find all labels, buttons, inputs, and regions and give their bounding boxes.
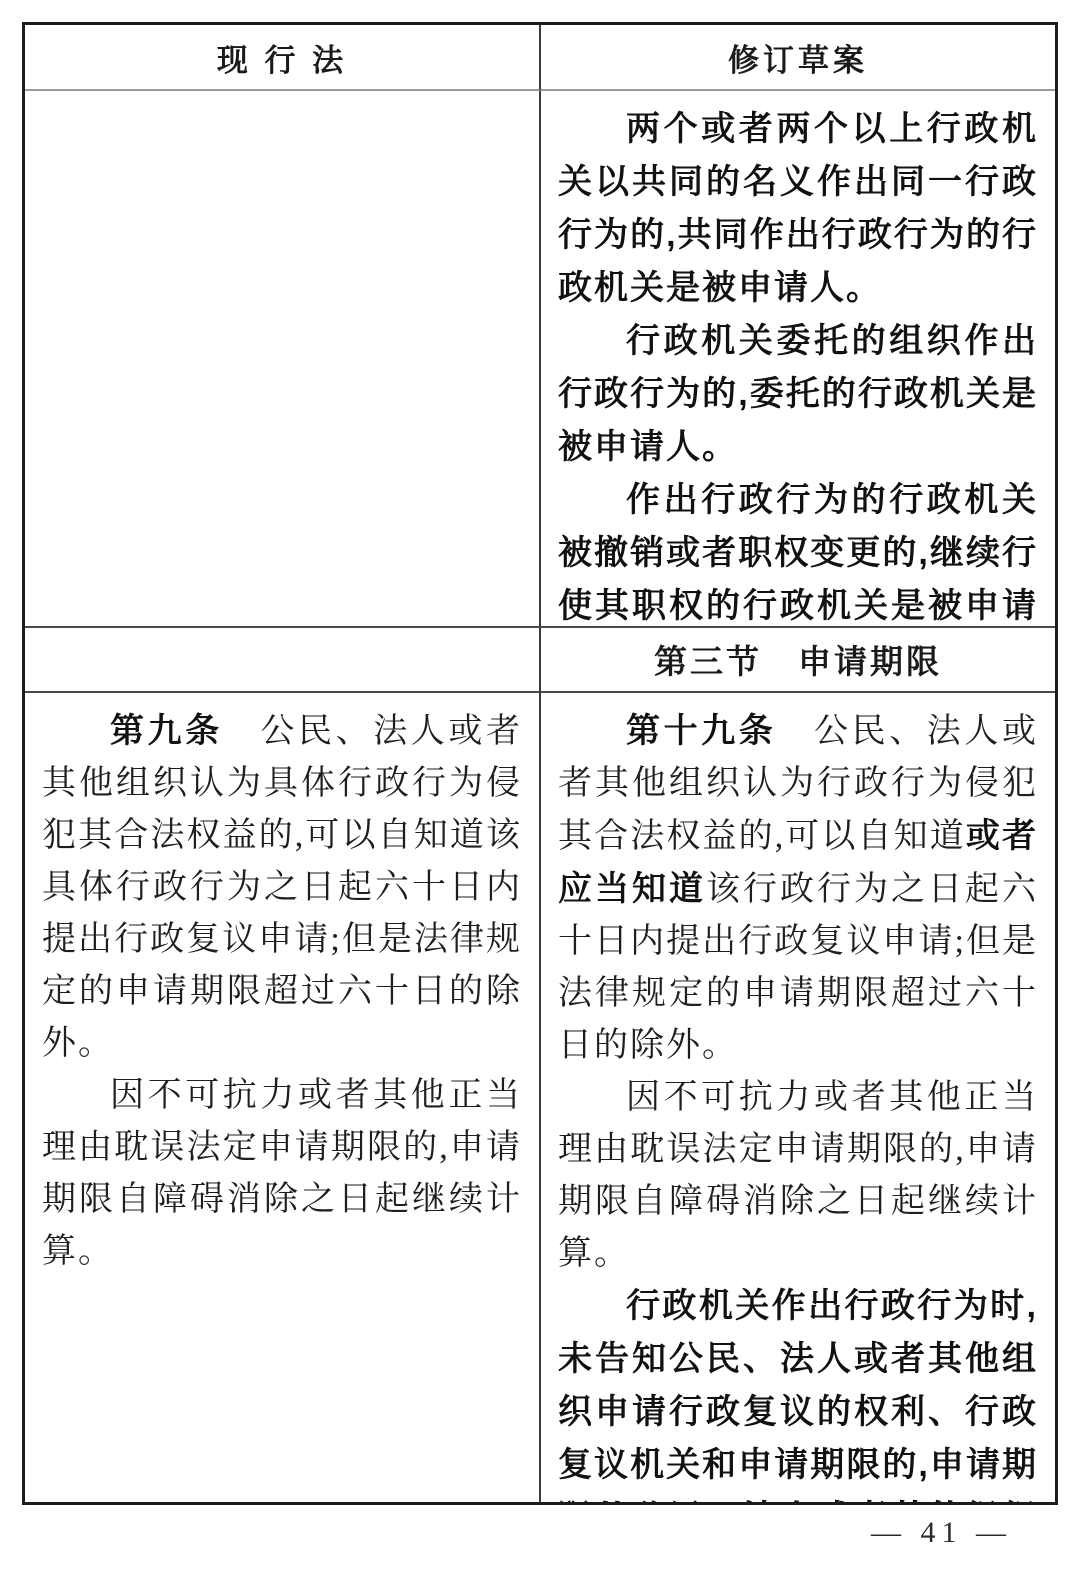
- revision-draft-article19-paragraphs: 第十九条 公民、法人或者其他组织认为行政行为侵犯其合法权益的,可以自知道或者应当…: [541, 693, 1055, 1502]
- section-title: 第三节 申请期限: [654, 636, 942, 683]
- document-page: 现 行 法 修订草案 两个或者两个以上行政机关以共同的名义作出同一行政行为的,共…: [0, 0, 1080, 1596]
- paragraph: 第九条 公民、法人或者其他组织认为具体行政行为侵犯其合法权益的,可以自知道该具体…: [42, 705, 522, 1070]
- current-law-empty-cell: [25, 91, 541, 628]
- text-segment: 公民、法人或者其他组织认为具体行政行为侵犯其合法权益的,可以自知道该具体行政行为…: [42, 713, 522, 1062]
- bold-text-segment: 行政机关委托的组织作出行政行为的,委托的行政机关是被申请人。: [558, 322, 1038, 466]
- paragraph: 第十九条 公民、法人或者其他组织认为行政行为侵犯其合法权益的,可以自知道或者应当…: [558, 705, 1038, 1072]
- paragraph: 行政机关委托的组织作出行政行为的,委托的行政机关是被申请人。: [558, 315, 1038, 474]
- paragraph: 行政机关作出行政行为时,未告知公民、法人或者其他组织申请行政复议的权利、行政复议…: [558, 1280, 1038, 1502]
- bold-text-segment: 两个或者两个以上行政机关以共同的名义作出同一行政行为的,共同作出行政行为的行政机…: [558, 110, 1038, 307]
- paragraph: 两个或者两个以上行政机关以共同的名义作出同一行政行为的,共同作出行政行为的行政机…: [558, 103, 1038, 315]
- paragraph: 因不可抗力或者其他正当理由耽误法定申请期限的,申请期限自障碍消除之日起继续计算。: [42, 1070, 522, 1278]
- header-revision-draft: 修订草案: [541, 25, 1055, 91]
- bold-text-segment: 行政机关作出行政行为时,未告知公民、法人或者其他组织申请行政复议的权利、行政复议…: [558, 1287, 1038, 1502]
- paragraph: 因不可抗力或者其他正当理由耽误法定申请期限的,申请期限自障碍消除之日起继续计算。: [558, 1072, 1038, 1280]
- text-segment: 因不可抗力或者其他正当理由耽误法定申请期限的,申请期限自障碍消除之日起继续计算。: [42, 1077, 522, 1270]
- text-segment: 因不可抗力或者其他正当理由耽误法定申请期限的,申请期限自障碍消除之日起继续计算。: [558, 1079, 1038, 1272]
- paragraph: 作出行政行为的行政机关被撤销或者职权变更的,继续行使其职权的行政机关是被申请人。: [558, 474, 1038, 628]
- section-row-title-cell: 第三节 申请期限: [541, 628, 1055, 693]
- bold-text-segment: 第九条: [110, 712, 223, 750]
- bold-text-segment: 作出行政行为的行政机关被撤销或者职权变更的,继续行使其职权的行政机关是被申请人。: [558, 481, 1038, 628]
- section-row-empty-cell: [25, 628, 541, 693]
- header-current-law: 现 行 法: [25, 25, 541, 91]
- page-number: — 41 —: [871, 1516, 1012, 1550]
- comparison-table: 现 行 法 修订草案 两个或者两个以上行政机关以共同的名义作出同一行政行为的,共…: [22, 22, 1058, 1505]
- revision-draft-respondent-paragraphs: 两个或者两个以上行政机关以共同的名义作出同一行政行为的,共同作出行政行为的行政机…: [541, 91, 1055, 628]
- bold-text-segment: 第十九条: [626, 712, 776, 750]
- current-law-article9-paragraphs: 第九条 公民、法人或者其他组织认为具体行政行为侵犯其合法权益的,可以自知道该具体…: [25, 693, 541, 1502]
